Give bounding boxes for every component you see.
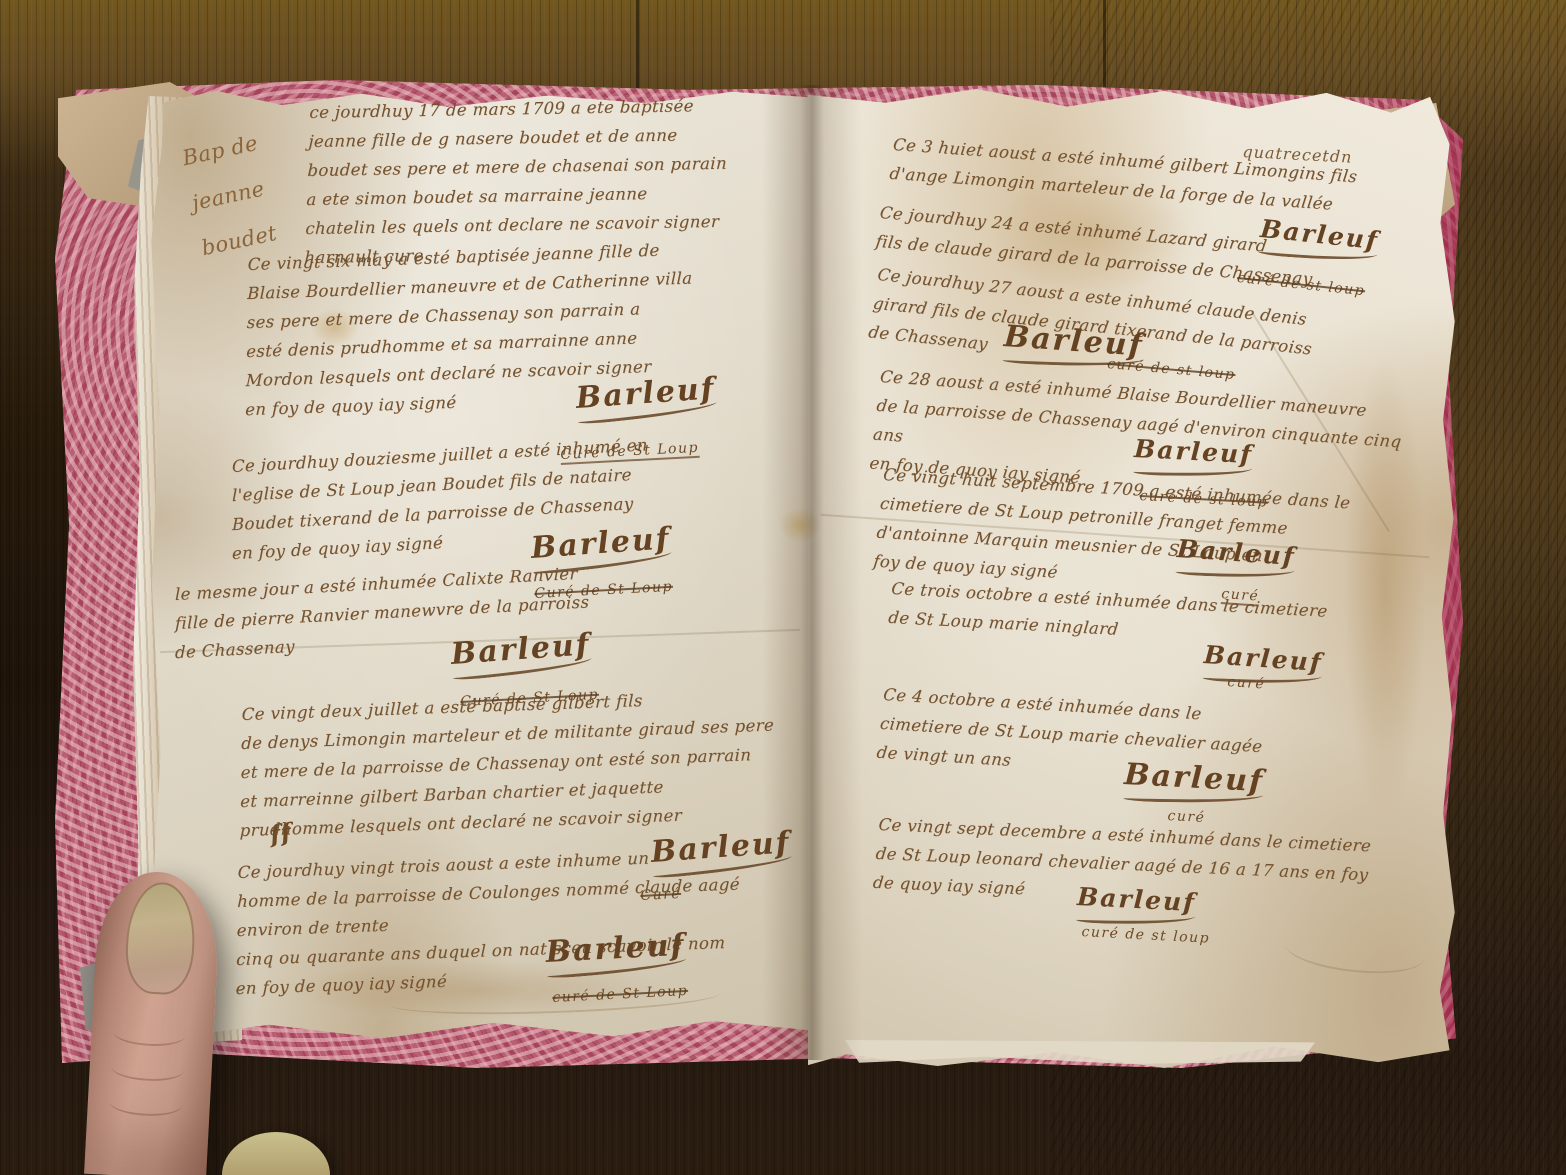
signature-barleuf: Barleuf [1076,882,1197,927]
entry-burial-unknown-man: Ce jourdhuy vingt trois aoust a este inh… [235,838,797,1003]
fingernail [124,881,198,996]
finger [84,869,222,1175]
signature-flourish [1133,463,1252,477]
signature-barleuf: Barleuf [1133,434,1254,479]
signature-barleuf: Barleuf [545,931,687,977]
entry-baptism-gilbert-limongin: Ce vingt deux juillet a esté baptisé gil… [239,680,801,845]
signature-barleuf: Barleuf [1175,534,1296,581]
signature-barleuf: Barleuf [1123,760,1265,806]
knuckle-wrinkle [113,1020,186,1048]
signature-flourish [1076,911,1195,925]
plank-gap [636,0,639,88]
plank-gap [1103,0,1106,88]
knuckle-wrinkle [111,1055,184,1083]
knuckle-wrinkle [109,1090,182,1118]
manuscript-photo: Bap de jeanne boudet ff ce jourdhuy 17 d… [0,0,1566,1175]
signoff-cure: curé [1227,674,1266,693]
